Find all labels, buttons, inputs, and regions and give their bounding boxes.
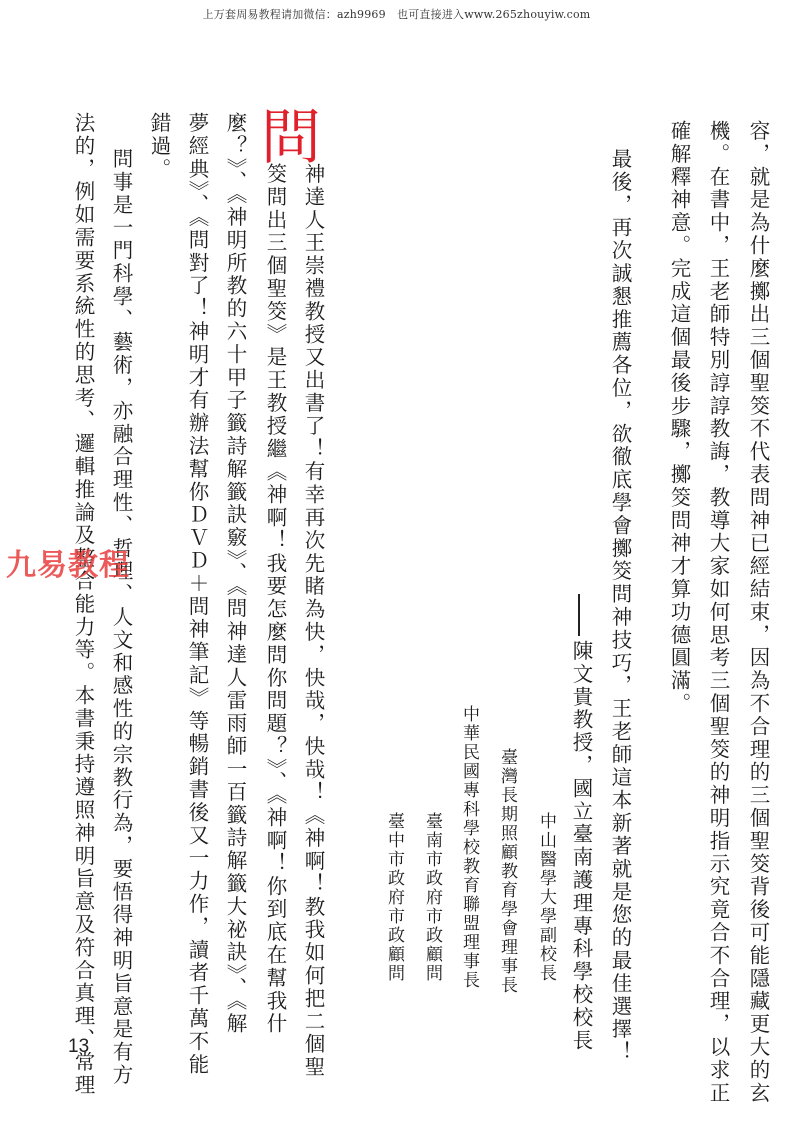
section-column-3: 麼？》、《神明所教的六十甲子籤詩解籤訣竅》、《問神達人雷雨師一百籤詩解籤大祕訣》…: [222, 112, 248, 1035]
section-column-7: 法的，例如需要系統性的思考、邏輯推論及整合能力等。本書秉持遵照神明旨意及符合真理…: [70, 112, 96, 1097]
section-column-2: 筊問出三個聖筊》是王教授繼《神啊！我要怎麼問你問題？》、《神啊！你到底在幫我什: [262, 163, 288, 1036]
signature-name: 陳文貴教授，國立臺南護理專科學校校長: [568, 640, 594, 1052]
page-number: 13: [68, 1036, 89, 1058]
section-column-4: 夢經典》、《問對了！神明才有辦法幫你ＤＶＤ＋問神筆記》等暢銷書後又一力作，讀者千…: [184, 112, 210, 1076]
signature-title-4: 臺南市政府市政顧問: [419, 812, 445, 983]
section-column-5: 錯過。: [146, 112, 172, 181]
signature-dash: [578, 594, 580, 636]
signature-title-2: 臺灣長期照顧教育學會理事長: [494, 748, 520, 995]
signature-title-3: 中華民國專科學校教育聯盟理事長: [456, 705, 482, 990]
preface-column-1: 容，就是為什麼擲出三個聖筊不代表問神已經結束，因為不合理的三個聖筊背後可能隱藏更…: [745, 120, 771, 1105]
promo-banner: 上万套周易教程请加微信：azh9969 也可直接进入www.265zhouyiw…: [0, 6, 793, 22]
watermark-logo: 九易教程: [6, 540, 130, 584]
section-column-6: 問事是一門科學、藝術，亦融合理性、哲理、人文和感性的宗教行為，要悟得神明旨意是有…: [108, 148, 134, 1087]
dropcap-character: 問: [261, 108, 321, 168]
section-column-1: 神達人王崇禮教授又出書了！有幸再次先睹為快，快哉，快哉！《神啊！教我如何把二個聖: [300, 163, 326, 1079]
preface-closing-line: 最後，再次誠懇推薦各位，欲徹底學會擲筊問神技巧，王老師這本新著就是您的最佳選擇！: [607, 148, 633, 1064]
preface-column-2: 機。在書中，王老師特別諄諄教誨，教導大家如何思考三個聖筊的神明指示究竟合不合理，…: [705, 120, 731, 1105]
signature-title-1: 中山醫學大學副校長: [533, 812, 559, 983]
preface-column-3: 確解釋神意。完成這個最後步驟，擲筊問神才算功德圓滿。: [666, 120, 692, 715]
signature-title-5: 臺中市政府市政顧問: [381, 812, 407, 983]
